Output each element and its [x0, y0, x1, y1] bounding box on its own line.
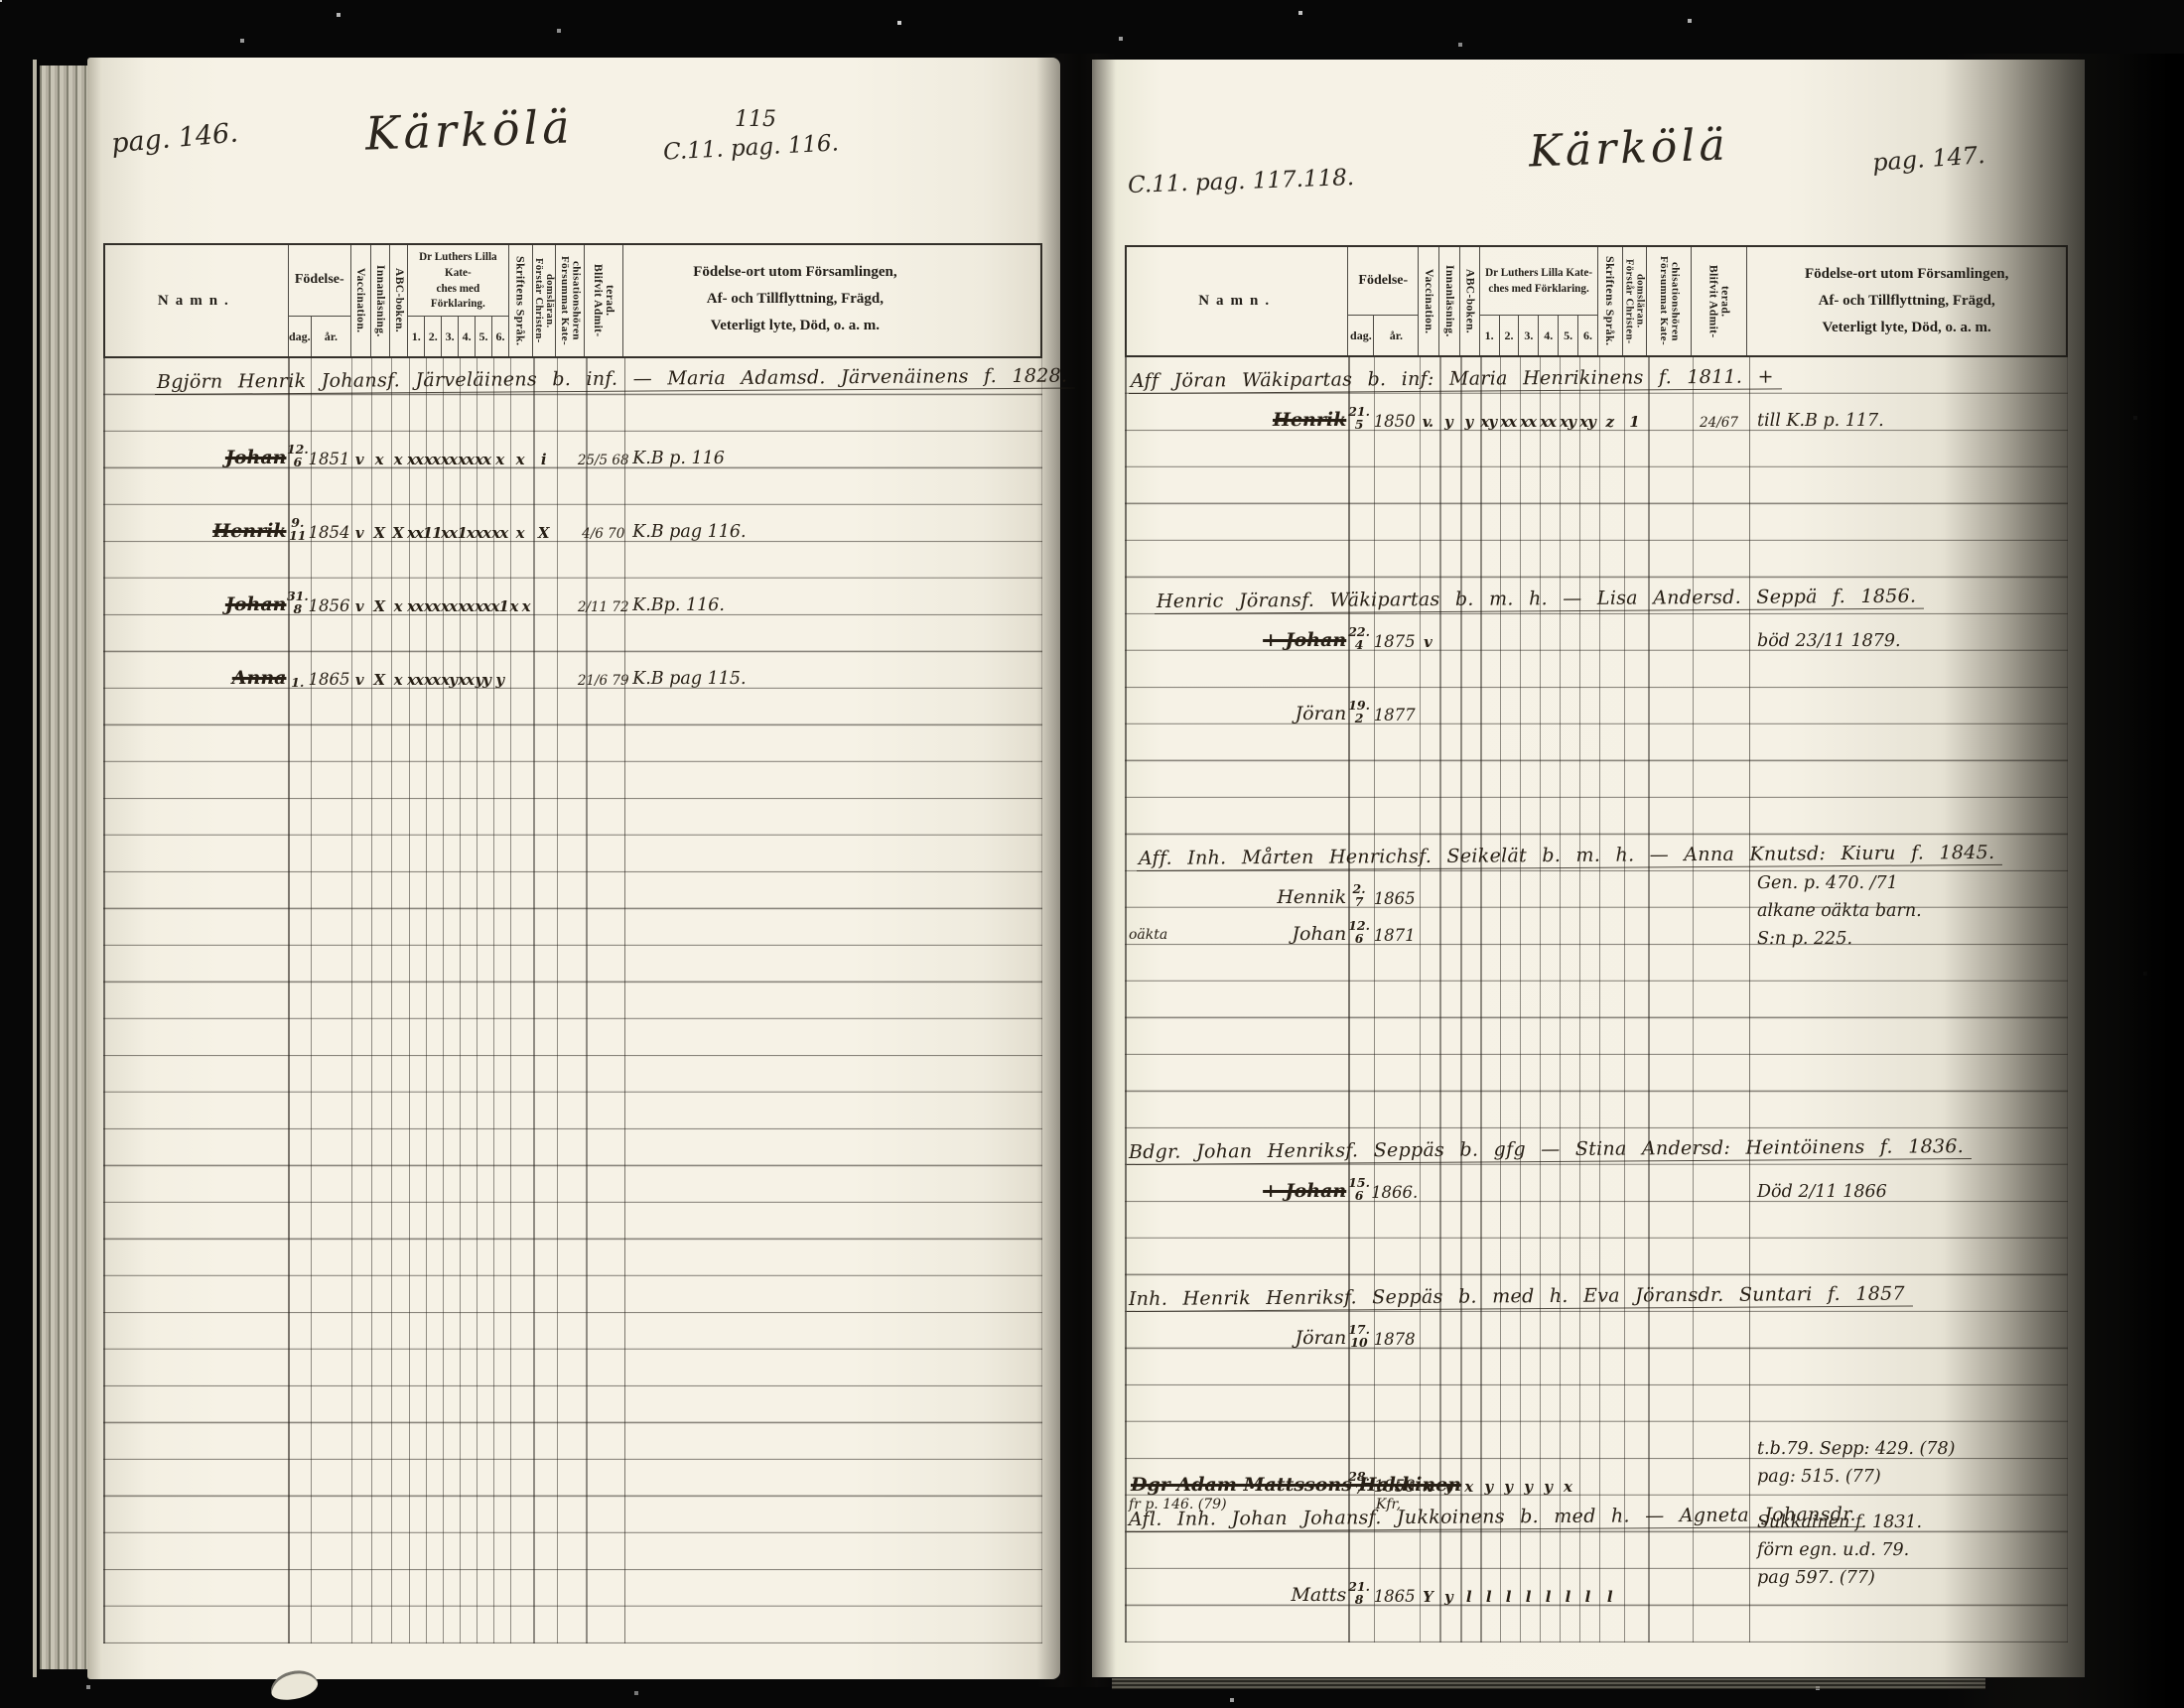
column-header-skriftens-sprak: Skriftens Språk. [1597, 247, 1622, 355]
book-gutter-shadow [1036, 54, 1116, 1687]
column-rule [1420, 357, 1421, 1642]
column-rule [586, 358, 587, 1643]
column-rule [533, 358, 534, 1643]
column-header-namn: Namn. [1127, 247, 1347, 355]
column-header-katekes: Dr Luthers Lilla Kate- ches med Förklari… [407, 245, 508, 356]
column-rule [1520, 357, 1521, 1642]
column-rule [477, 358, 478, 1643]
column-rule [391, 358, 392, 1643]
column-rule [1348, 357, 1349, 1642]
column-rule [1480, 357, 1481, 1642]
column-header-katekes-5: 5. [1558, 316, 1577, 355]
column-rule [1624, 357, 1625, 1642]
column-rule [1439, 357, 1440, 1642]
column-header-fodelse: Födelse-dag.år. [1347, 247, 1418, 355]
scan-noise [0, 0, 2, 2]
column-header-katekes-6: 6. [1577, 316, 1597, 355]
column-rule [1693, 357, 1694, 1642]
column-rule [1500, 357, 1501, 1642]
column-header-abc-boken: ABC-boken. [389, 245, 407, 356]
column-header-abc-boken: ABC-boken. [1459, 247, 1479, 355]
column-header-namn: Namn. [105, 245, 288, 356]
column-header-forsummat-katechisation: Försummat Kate- chisationshören [555, 245, 584, 356]
record-table-header: Namn.Födelse-dag.år.Vaccination.Innanläs… [103, 243, 1042, 358]
column-rule [1648, 357, 1649, 1642]
column-header-blifvit-admitterad: Blifvit Admit- terad. [584, 245, 622, 356]
column-header-katekes-1: 1. [408, 317, 424, 356]
page-edge-stack [40, 66, 91, 1669]
column-rule [1599, 357, 1600, 1642]
column-rule [1560, 357, 1561, 1642]
column-header-ar: år. [311, 317, 350, 356]
column-rule [351, 358, 352, 1643]
ruled-rows [103, 358, 1042, 1643]
column-header-forstar-christendomslaran: Förstår Christen- domsläran. [532, 245, 556, 356]
right-page-title: Kärkölä [1528, 119, 1729, 177]
column-header-forstar-christendomslaran: Förstår Christen- domsläran. [1622, 247, 1647, 355]
left-page-title: Kärkölä [364, 99, 574, 160]
column-rule [1579, 357, 1580, 1642]
column-rule [1540, 357, 1541, 1642]
column-header-katekes-2: 2. [424, 317, 441, 356]
column-header-katekes-4: 4. [458, 317, 475, 356]
column-header-katekes: Dr Luthers Lilla Kate- ches med Förklari… [1479, 247, 1597, 355]
record-table-header: Namn.Födelse-dag.år.Vaccination.Innanläs… [1125, 245, 2068, 357]
column-header-blifvit-admitterad: Blifvit Admit- terad. [1691, 247, 1747, 355]
column-header-katekes-3: 3. [1518, 316, 1538, 355]
column-header-katekes-2: 2. [1499, 316, 1519, 355]
column-rule [409, 358, 410, 1643]
column-rule [311, 358, 312, 1643]
column-header-katekes-6: 6. [491, 317, 508, 356]
column-rule [1749, 357, 1750, 1642]
column-rule [460, 358, 461, 1643]
column-header-innanlasning: Innanläsning. [1438, 247, 1459, 355]
column-header-fodelse: Födelse-dag.år. [288, 245, 350, 356]
book-scan: Namn.Födelse-dag.år.Vaccination.Innanläs… [0, 0, 2184, 1708]
column-header-katekes-4: 4. [1538, 316, 1558, 355]
column-rule [426, 358, 427, 1643]
column-header-vaccination: Vaccination. [1418, 247, 1438, 355]
column-rule [510, 358, 511, 1643]
column-rule [288, 358, 289, 1643]
ruled-rows [1125, 357, 2068, 1642]
column-header-remarks: Födelse-ort utom Församlingen,Af- och Ti… [622, 245, 1040, 356]
column-header-skriftens-sprak: Skriftens Språk. [508, 245, 532, 356]
column-header-dag: dag. [1348, 316, 1373, 355]
column-header-forsummat-katechisation: Försummat Kate- chisationshören [1646, 247, 1690, 355]
column-rule [443, 358, 444, 1643]
book-cover-edge [33, 60, 37, 1677]
column-rule [1460, 357, 1461, 1642]
column-rule [557, 358, 558, 1643]
column-rule [493, 358, 494, 1643]
column-rule [1374, 357, 1375, 1642]
right-page: Namn.Födelse-dag.år.Vaccination.Innanläs… [1092, 60, 2085, 1677]
right-edge-shadow [1944, 54, 2184, 1708]
column-header-katekes-5: 5. [475, 317, 491, 356]
column-header-katekes-1: 1. [1480, 316, 1499, 355]
column-rule [624, 358, 625, 1643]
column-header-vaccination: Vaccination. [350, 245, 370, 356]
column-header-innanlasning: Innanläsning. [370, 245, 390, 356]
column-header-dag: dag. [289, 317, 311, 356]
column-header-katekes-3: 3. [441, 317, 458, 356]
left-page-corner-number: 115 [735, 107, 776, 132]
bottom-page-edges [1112, 1678, 1985, 1689]
column-header-ar: år. [1373, 316, 1418, 355]
left-page: Namn.Födelse-dag.år.Vaccination.Innanläs… [87, 58, 1060, 1679]
column-rule [371, 358, 372, 1643]
